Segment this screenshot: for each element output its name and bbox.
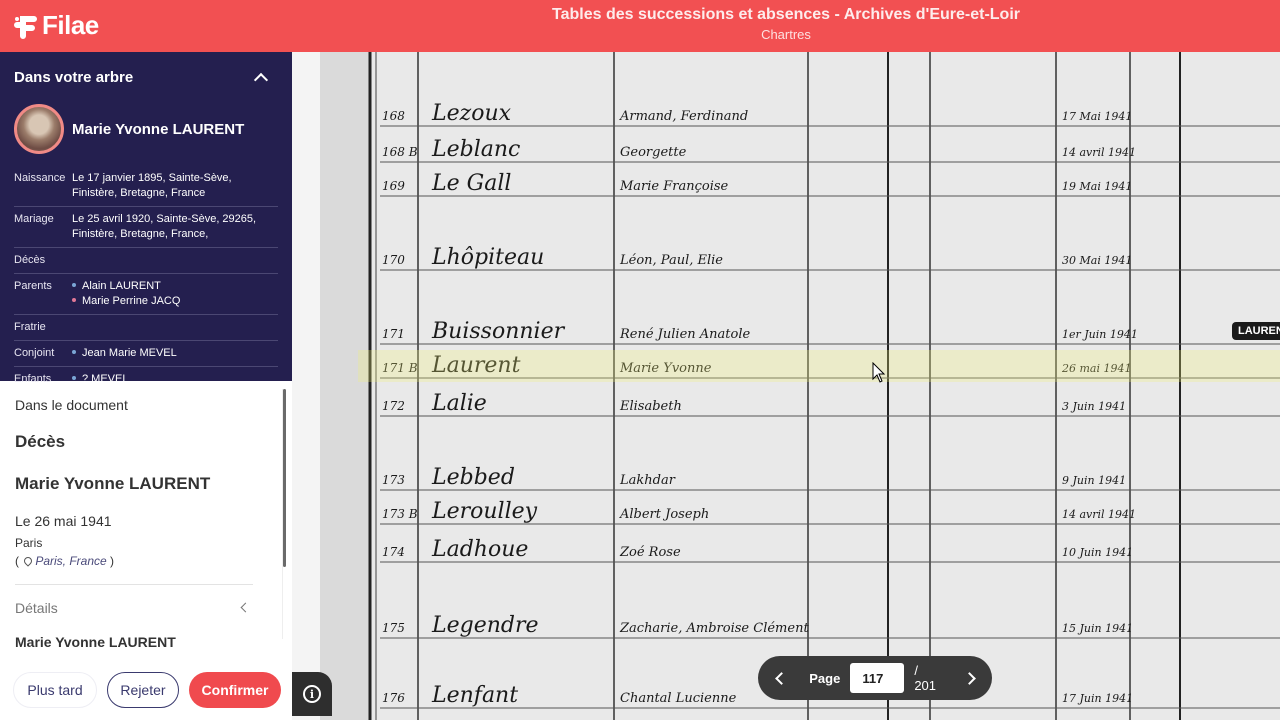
svg-text:14 avril 1941: 14 avril 1941 [1062,508,1136,521]
previous-page-button[interactable] [758,656,801,700]
female-dot-icon [72,298,76,302]
svg-text:Georgette: Georgette [620,145,687,160]
svg-text:170: 170 [382,253,405,267]
fact-naissance: Naissance Le 17 janvier 1895, Sainte-Sèv… [14,166,278,207]
male-dot-icon [72,283,76,287]
svg-text:175: 175 [382,621,405,635]
fact-parents: Parents Alain LAURENT Marie Perrine JACQ [14,274,278,315]
svg-text:Legendre: Legendre [431,613,539,638]
svg-text:19 Mai 1941: 19 Mai 1941 [1062,180,1132,193]
top-bar: Filae Tables des successions et absences… [0,0,1280,52]
document-person-name: Marie Yvonne LAURENT [15,474,277,494]
svg-text:Lezoux: Lezoux [431,101,512,126]
svg-text:Lhôpiteau: Lhôpiteau [431,245,544,270]
svg-text:Marie Françoise: Marie Françoise [619,179,729,194]
svg-text:3 Juin 1941: 3 Juin 1941 [1062,400,1126,413]
svg-text:169: 169 [382,179,405,193]
svg-text:Elisabeth: Elisabeth [619,399,682,414]
scrollbar-thumb[interactable] [283,389,286,567]
tree-facts: Naissance Le 17 janvier 1895, Sainte-Sèv… [14,166,278,392]
svg-text:9 Juin 1941: 9 Juin 1941 [1062,474,1126,487]
document-event: Décès [15,432,277,452]
tree-panel-header[interactable]: Dans votre arbre [14,52,278,102]
svg-text:Léon, Paul, Elie: Léon, Paul, Elie [619,253,723,268]
tree-person-name: Marie Yvonne LAURENT [72,121,244,138]
divider [15,584,253,585]
sidebar: Dans votre arbre Marie Yvonne LAURENT Na… [0,52,292,720]
document-place-link[interactable]: ( Paris, France ) [15,554,277,568]
document-place: Paris [15,536,277,550]
fact-label: Naissance [14,171,72,201]
details-label: Détails [15,600,58,616]
svg-text:168 B: 168 B [382,145,418,159]
svg-text:176: 176 [382,691,405,705]
document-subtitle: Chartres [292,27,1280,42]
svg-text:René Julien Anatole: René Julien Anatole [619,327,750,342]
svg-text:Chantal Lucienne: Chantal Lucienne [620,691,737,706]
document-section-label: Dans le document [15,397,277,413]
document-viewer[interactable]: 168LezouxArmand, Ferdinand17 Mai 1941168… [292,52,1280,720]
svg-text:173: 173 [382,473,405,487]
info-icon: i [303,685,321,703]
page-navigator: Page / 201 [758,656,992,700]
svg-text:168: 168 [382,109,405,123]
svg-text:174: 174 [382,545,405,559]
tag-tooltip: LAUREN [1232,322,1280,340]
confirm-button[interactable]: Confirmer [189,672,281,708]
later-button[interactable]: Plus tard [13,672,97,708]
svg-text:Zoé Rose: Zoé Rose [619,545,681,560]
chevron-up-icon[interactable] [254,71,266,83]
place-link-text[interactable]: Paris, France [35,554,106,568]
svg-text:171: 171 [382,327,405,341]
register-scan-image: 168LezouxArmand, Ferdinand17 Mai 1941168… [292,52,1280,720]
fact-label: Parents [14,279,72,309]
male-dot-icon [72,376,76,380]
tree-person[interactable]: Marie Yvonne LAURENT [14,102,278,156]
fact-value: Le 25 avril 1920, Sainte-Sève, 29265, Fi… [72,212,278,242]
tree-panel-title: Dans votre arbre [14,69,133,86]
fact-fratrie: Fratrie [14,315,278,341]
parent-name: Alain LAURENT [82,280,161,292]
svg-text:Lenfant: Lenfant [431,683,518,708]
svg-text:Buissonnier: Buissonnier [431,319,566,344]
fact-conjoint: Conjoint Jean Marie MEVEL [14,341,278,367]
parent-name: Marie Perrine JACQ [82,295,180,307]
spouse-name: Jean Marie MEVEL [82,347,177,359]
svg-text:10 Juin 1941: 10 Juin 1941 [1062,546,1133,559]
next-page-button[interactable] [949,656,992,700]
avatar [14,104,64,154]
svg-text:Albert Joseph: Albert Joseph [619,507,709,522]
map-pin-icon [23,555,34,566]
parent-link[interactable]: Alain LAURENT [72,279,180,294]
svg-text:Leroulley: Leroulley [431,499,538,524]
svg-text:17 Mai 1941: 17 Mai 1941 [1062,110,1132,123]
mouse-cursor-icon [872,362,886,384]
brand-name: Filae [42,10,99,41]
fact-deces: Décès [14,248,278,274]
svg-text:Armand, Ferdinand: Armand, Ferdinand [619,109,748,124]
svg-text:1er Juin 1941: 1er Juin 1941 [1062,328,1138,341]
filae-logo-icon [14,13,38,39]
tagged-row-highlight[interactable] [358,350,1280,382]
tree-panel: Dans votre arbre Marie Yvonne LAURENT Na… [0,52,292,381]
action-bar: Plus tard Rejeter Confirmer [0,660,292,720]
details-toggle[interactable]: Détails [15,600,277,616]
page-total: / 201 [914,663,942,693]
svg-text:14 avril 1941: 14 avril 1941 [1062,146,1136,159]
svg-text:17 Juin 1941: 17 Juin 1941 [1062,692,1133,705]
fact-label: Mariage [14,212,72,242]
document-title: Tables des successions et absences - Arc… [292,6,1280,24]
svg-text:15 Juin 1941: 15 Juin 1941 [1062,622,1133,635]
svg-text:Lalie: Lalie [431,391,487,416]
male-dot-icon [72,350,76,354]
svg-text:Le Gall: Le Gall [431,171,511,196]
svg-text:30 Mai 1941: 30 Mai 1941 [1062,254,1132,267]
fact-label: Fratrie [14,320,72,335]
reject-button[interactable]: Rejeter [107,672,179,708]
svg-text:172: 172 [382,399,405,413]
svg-text:Lebbed: Lebbed [431,465,515,490]
svg-text:Leblanc: Leblanc [431,137,520,162]
parent-link[interactable]: Marie Perrine JACQ [72,294,180,309]
fact-mariage: Mariage Le 25 avril 1920, Sainte-Sève, 2… [14,207,278,248]
page-label: Page [809,671,840,686]
filae-logo[interactable]: Filae [14,10,99,41]
svg-text:Ladhoue: Ladhoue [431,537,528,562]
page-number-input[interactable] [850,663,904,693]
fact-label: Conjoint [14,346,72,361]
document-date: Le 26 mai 1941 [15,513,277,529]
chevron-left-icon[interactable] [239,603,249,613]
details-person-name: Marie Yvonne LAURENT [15,634,277,650]
spouse-link[interactable]: Jean Marie MEVEL [72,346,177,361]
fact-value: Le 17 janvier 1895, Sainte-Sève, Finistè… [72,171,278,201]
svg-text:Lakhdar: Lakhdar [619,473,676,488]
fact-label: Décès [14,253,72,268]
info-button[interactable]: i [292,672,332,716]
svg-text:173 B: 173 B [382,507,418,521]
svg-text:Zacharie, Ambroise Clément: Zacharie, Ambroise Clément [619,621,809,636]
